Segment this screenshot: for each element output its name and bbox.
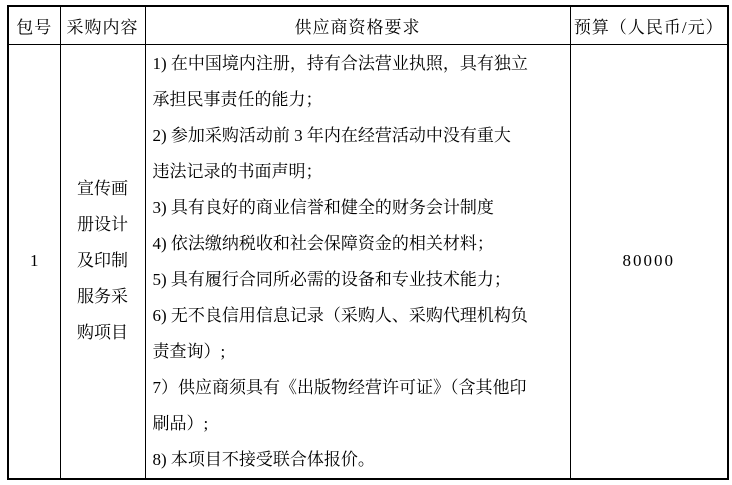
requirement-item-8: 8) 本项目不接受联合体报价。 <box>153 442 565 478</box>
header-budget: 预算（人民币/元） <box>570 6 728 44</box>
cell-supplier-qualifications: 1) 在中国境内注册，持有合法营业执照，具有独立 承担民事责任的能力； 2) 参… <box>145 44 570 479</box>
requirement-item-7: 7）供应商须具有《出版物经营许可证》（含其他印 刷品）; <box>153 370 565 442</box>
requirement-item-3: 3) 具有良好的商业信誉和健全的财务会计制度 <box>153 190 565 226</box>
requirement-item-2: 2) 参加采购活动前 3 年内在经营活动中没有重大 违法记录的书面声明； <box>153 118 565 190</box>
procurement-table: 包号 采购内容 供应商资格要求 预算（人民币/元） 1 宣传画 册设计 及印制 … <box>7 5 729 480</box>
requirement-item-6: 6) 无不良信用信息记录（采购人、采购代理机构负 责查询）; <box>153 298 565 370</box>
header-procurement-content: 采购内容 <box>60 6 145 44</box>
cell-procurement-content: 宣传画 册设计 及印制 服务采 购项目 <box>60 44 145 479</box>
requirement-item-1: 1) 在中国境内注册，持有合法营业执照，具有独立 承担民事责任的能力； <box>153 46 565 118</box>
requirement-item-5: 5) 具有履行合同所必需的设备和专业技术能力； <box>153 262 565 298</box>
header-package-no: 包号 <box>8 6 60 44</box>
document-page: 包号 采购内容 供应商资格要求 预算（人民币/元） 1 宣传画 册设计 及印制 … <box>0 0 732 485</box>
cell-package-no: 1 <box>8 44 60 479</box>
cell-budget: 80000 <box>570 44 728 479</box>
table-row: 1 宣传画 册设计 及印制 服务采 购项目 1) 在中国境内注册，持有合法营业执… <box>8 44 728 479</box>
header-supplier-qualifications: 供应商资格要求 <box>145 6 570 44</box>
header-row: 包号 采购内容 供应商资格要求 预算（人民币/元） <box>8 6 728 44</box>
requirement-item-4: 4) 依法缴纳税收和社会保障资金的相关材料； <box>153 226 565 262</box>
